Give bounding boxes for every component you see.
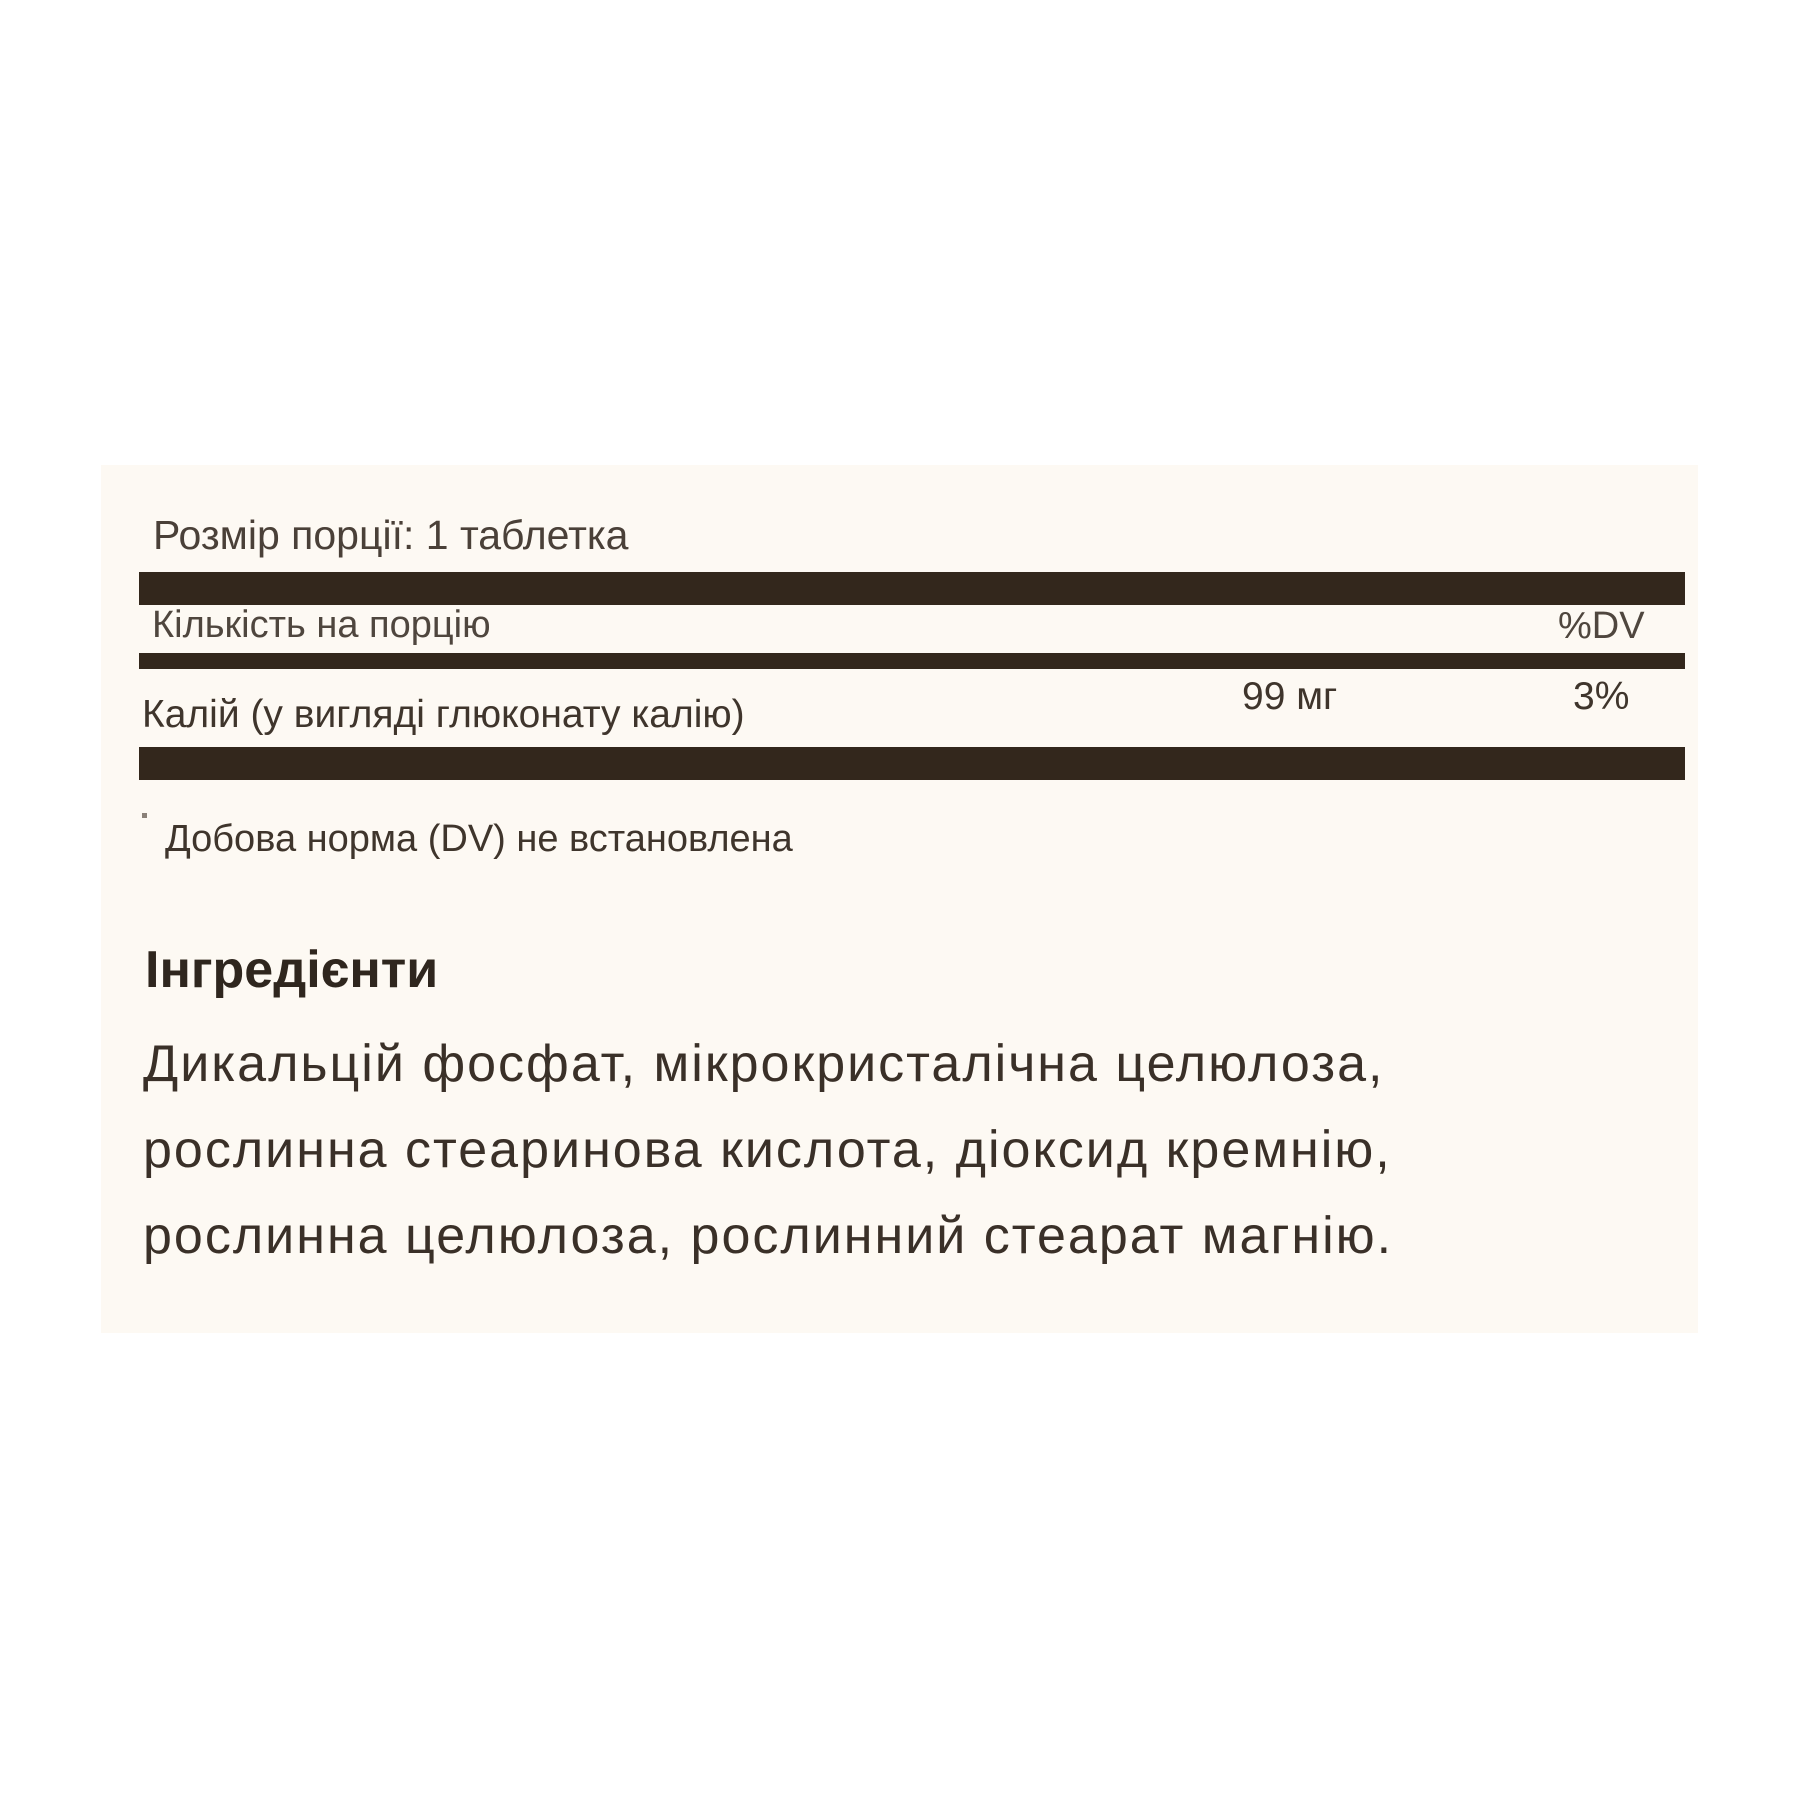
ingredients-text: Дикальцій фосфат, мікрокристалічна целюл… (143, 1021, 1393, 1279)
ingredients-line: рослинна стеаринова кислота, діоксид кре… (143, 1107, 1393, 1193)
nutrient-daily-value: 3% (1573, 677, 1629, 716)
daily-value-label: %DV (1558, 607, 1645, 645)
rule-thick-top (139, 572, 1685, 605)
rule-thick-bottom (139, 747, 1685, 780)
nutrient-name: Калій (у вигляді глюконату калію) (142, 695, 745, 734)
footnote-asterisk-icon (142, 813, 147, 818)
ingredients-line: рослинна целюлоза, рослинний стеарат маг… (143, 1193, 1393, 1279)
ingredients-heading: Інгредієнти (145, 944, 438, 996)
serving-size: Розмір порції: 1 таблетка (153, 515, 628, 556)
ingredients-line: Дикальцій фосфат, мікрокристалічна целюл… (143, 1021, 1393, 1107)
amount-per-serving-label: Кількість на порцію (152, 606, 491, 644)
nutrient-amount: 99 мг (1242, 677, 1337, 716)
rule-thin (139, 653, 1685, 669)
footnote: Добова норма (DV) не встановлена (165, 820, 793, 858)
